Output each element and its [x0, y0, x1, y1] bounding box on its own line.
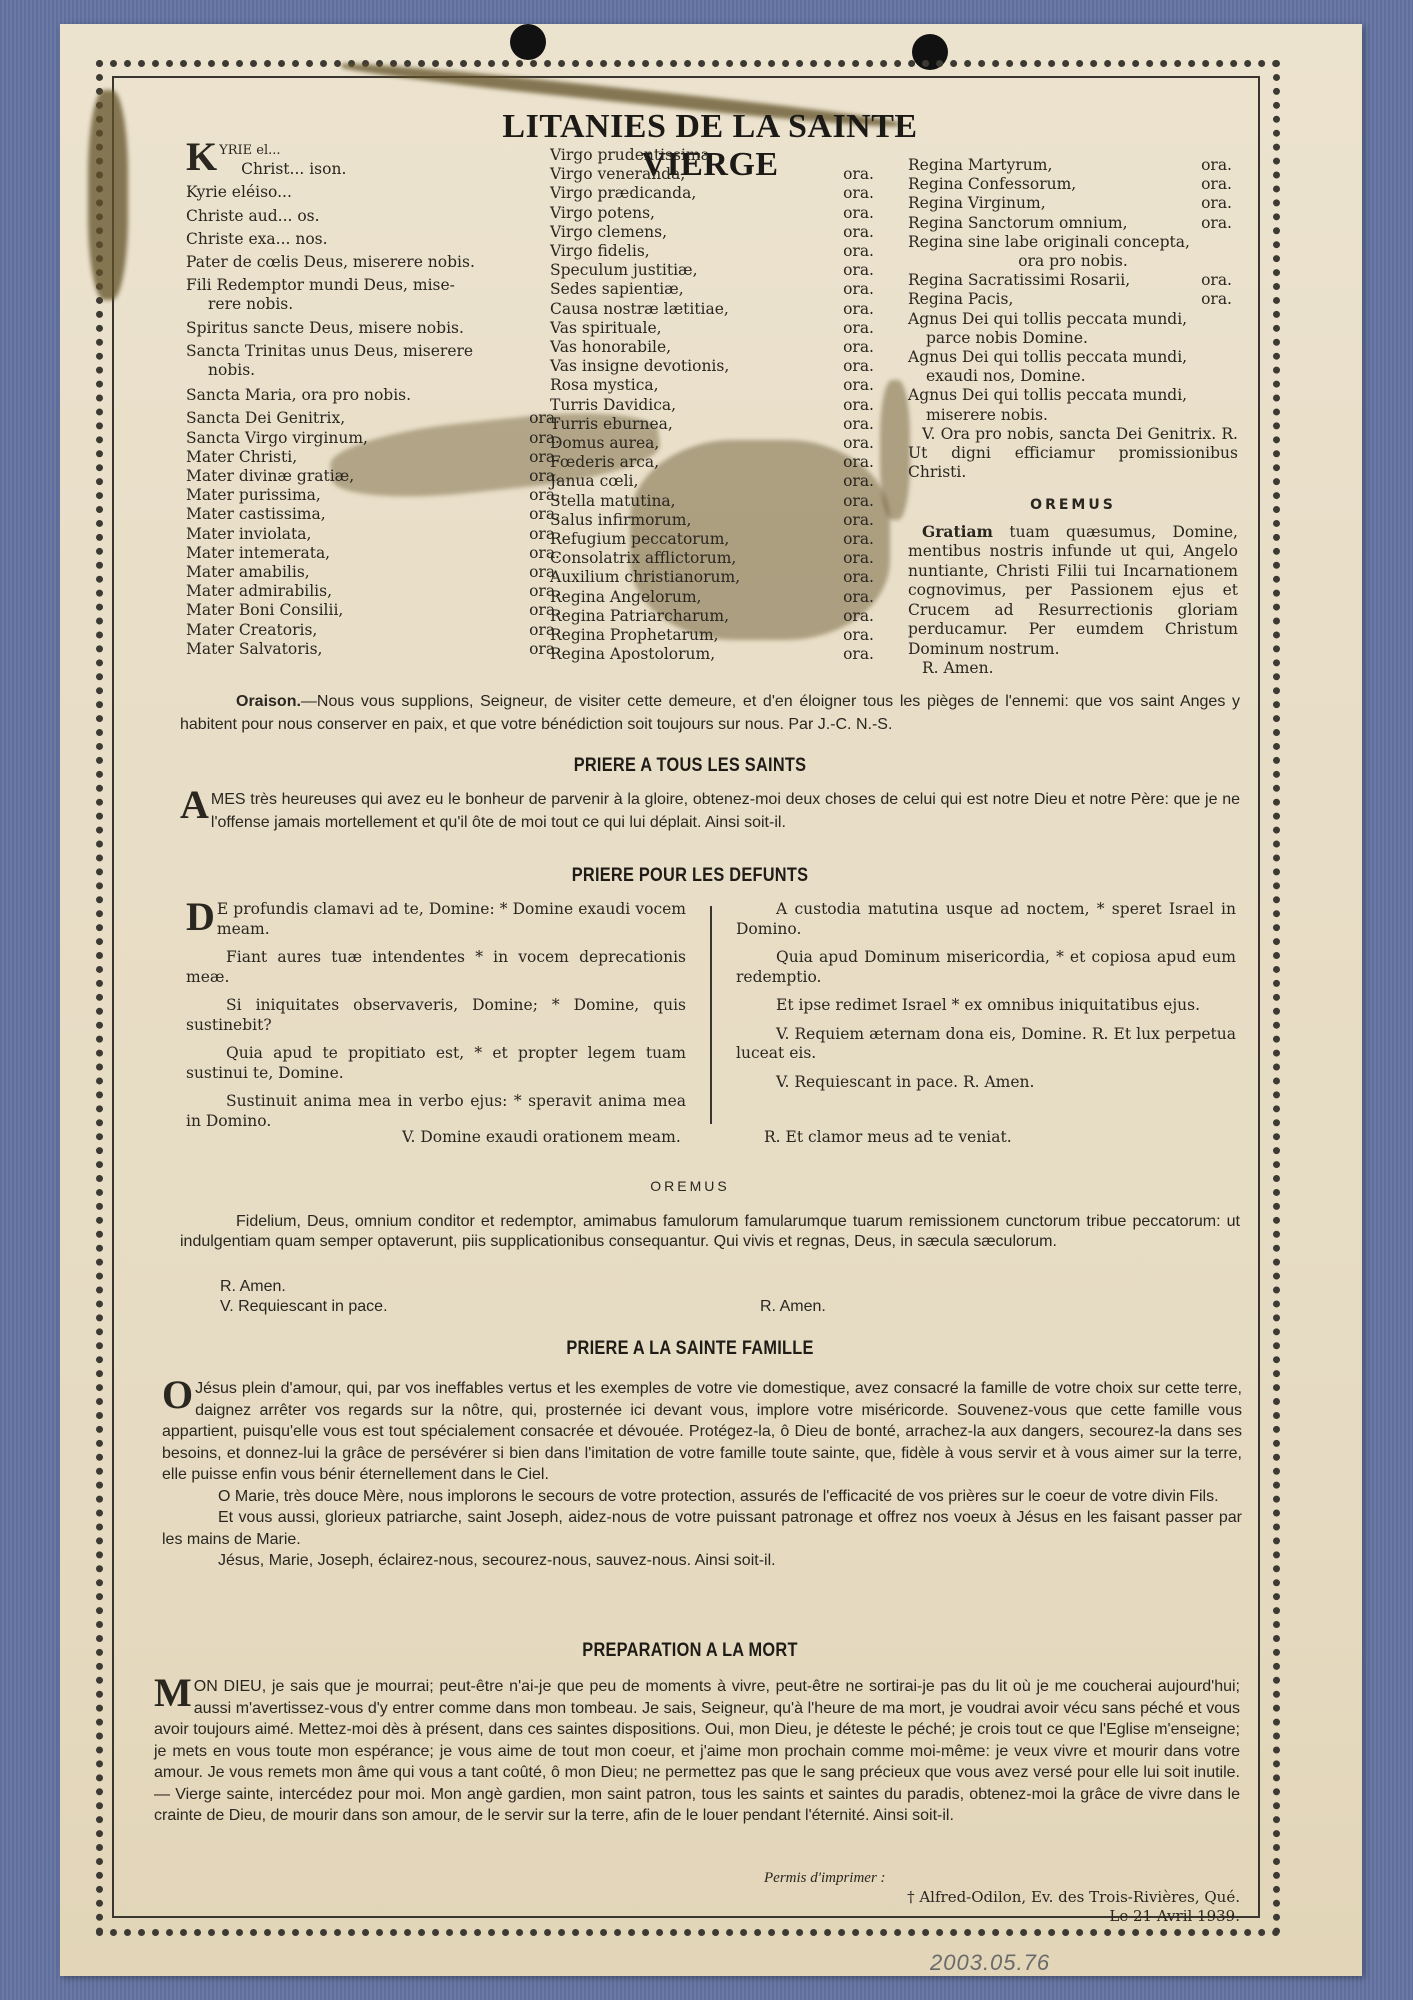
response-ora: ora.: [1201, 214, 1238, 233]
litany-invocation: Regina Pacis,ora.: [908, 290, 1238, 309]
litany-invocation: Regina Virginum,ora.: [908, 194, 1238, 213]
response-ora: ora.: [1201, 156, 1238, 175]
response-ora: ora.: [843, 300, 880, 319]
closing-response: R. Et clamor meus ad te veniat.: [764, 1128, 1012, 1146]
litany-invocation: Mater Salvatoris,ora.: [186, 640, 566, 659]
dropcap-a: A: [180, 788, 209, 822]
agnus-dei-line: Agnus Dei qui tollis peccata mundi,parce…: [908, 310, 1238, 348]
litany-invocation: Refugium peccatorum,ora.: [550, 530, 880, 549]
litany-column-1: KYRIE el...Christ... ison. Kyrie eléiso.…: [186, 140, 566, 659]
litany-invocation: Vas insigne devotionis,ora.: [550, 357, 880, 376]
litany-invocation: Stella matutina,ora.: [550, 492, 880, 511]
response-ora: ora.: [843, 376, 880, 395]
psalm-verse: Fiant aures tuæ intendentes * in vocem d…: [186, 948, 686, 987]
agnus-dei-line: Agnus Dei qui tollis peccata mundi,exaud…: [908, 348, 1238, 386]
requiescant-r: R. Amen.: [760, 1295, 826, 1318]
heading-sainte-famille: PRIERE A LA SAINTE FAMILLE: [208, 1338, 1171, 1360]
response-ora: ora.: [843, 472, 880, 491]
litany-invocation: Mater divinæ gratiæ,ora.: [186, 467, 566, 486]
stain: [880, 380, 910, 520]
response-ora: ora.: [843, 434, 880, 453]
response-ora: ora.: [843, 280, 880, 299]
heading-tous-les-saints: PRIERE A TOUS LES SAINTS: [208, 755, 1171, 777]
litany-invocation: Virgo veneranda,ora.: [550, 165, 880, 184]
litany-line: Christe aud... os.: [186, 207, 566, 226]
psalm-right-column: A custodia matutina usque ad noctem, * s…: [736, 900, 1236, 1101]
dropcap-o: O: [162, 1378, 193, 1412]
litany-line: Kyrie eléiso...: [186, 183, 566, 202]
heading-preparation-mort: PREPARATION A LA MORT: [208, 1640, 1171, 1662]
litany-invocation: Mater Boni Consilii,ora.: [186, 601, 566, 620]
litany-invocation: Virgo potens,ora.: [550, 204, 880, 223]
response-ora: ora.: [843, 242, 880, 261]
response-ora: ora.: [843, 396, 880, 415]
litany-invocation: Regina Confessorum,ora.: [908, 175, 1238, 194]
litany-column-2: Virgo prudentissimaVirgo veneranda,ora.V…: [550, 146, 880, 664]
litany-invocation: Causa nostræ lætitiae,ora.: [550, 300, 880, 319]
litany-invocation: Vas honorabile,ora.: [550, 338, 880, 357]
litany-invocation: Regina Apostolorum,ora.: [550, 645, 880, 664]
litany-invocation: Mater amabilis,ora.: [186, 563, 566, 582]
response-ora: ora.: [1201, 290, 1238, 309]
litany-line: Fili Redemptor mundi Deus, mise-rere nob…: [186, 276, 566, 314]
litany-invocation: Mater Creatoris,ora.: [186, 621, 566, 640]
response-ora: ora.: [843, 492, 880, 511]
psalm-left-column: DE profundis clamavi ad te, Domine: * Do…: [186, 900, 686, 1140]
litany-invocation: Turris Davidica,ora.: [550, 396, 880, 415]
litany-invocation: Janua cœli,ora.: [550, 472, 880, 491]
litany-invocation: Virgo prædicanda,ora.: [550, 184, 880, 203]
litany-invocation: Regina Martyrum,ora.: [908, 156, 1238, 175]
litany-line: Spiritus sancte Deus, misere nobis.: [186, 319, 566, 338]
psalm-verse: Quia apud Dominum misericordia, * et cop…: [736, 948, 1236, 987]
litany-line: Regina sine labe originali concepta,: [908, 233, 1238, 252]
litany-invocation: Mater inviolata,ora.: [186, 525, 566, 544]
response-ora: ora.: [843, 261, 880, 280]
litany-line: Sancta Trinitas unus Deus, misererenobis…: [186, 342, 566, 380]
oremus-heading-2: OREMUS: [130, 1178, 1250, 1194]
litany-invocation: Mater Christi,ora.: [186, 448, 566, 467]
litany-line: Christe exa... nos.: [186, 230, 566, 249]
litany-invocation: Mater admirabilis,ora.: [186, 582, 566, 601]
response-ora: ora.: [1201, 175, 1238, 194]
psalm-verse: Quia apud te propitiato est, * et propte…: [186, 1044, 686, 1083]
response-ora: ora.: [843, 511, 880, 530]
response-ora: ora.: [843, 357, 880, 376]
litany-invocation: Mater purissima,ora.: [186, 486, 566, 505]
litany-invocation: Sancta Dei Genitrix,ora.: [186, 409, 566, 428]
litany-column-3: Regina Martyrum,ora.Regina Confessorum,o…: [908, 156, 1238, 678]
response-ora: ora.: [1201, 271, 1238, 290]
prayer-preparation-mort: MON DIEU, je sais que je mourrai; peut-ê…: [154, 1676, 1240, 1827]
litany-invocation: Virgo prudentissima: [550, 146, 880, 165]
invocation-list: Sancta Dei Genitrix,ora.Sancta Virgo vir…: [186, 409, 566, 659]
oraison: Oraison.—Nous vous supplions, Seigneur, …: [180, 690, 1240, 736]
kyrie-line: KYRIE el...Christ... ison.: [186, 140, 566, 179]
prayer-saints: AMES très heureuses qui avez eu le bonhe…: [180, 788, 1240, 834]
stain: [88, 90, 128, 300]
litany-invocation: Rosa mystica,ora.: [550, 376, 880, 395]
response-ora: ora.: [843, 184, 880, 203]
dropcap-m: M: [154, 1676, 192, 1710]
response-ora: ora.: [843, 453, 880, 472]
litany-invocation: Virgo clemens,ora.: [550, 223, 880, 242]
response-ora: ora.: [843, 165, 880, 184]
response-ora: ora.: [843, 319, 880, 338]
litany-invocation: Regina Sacratissimi Rosarii,ora.: [908, 271, 1238, 290]
psalm-verse: Sustinuit anima mea in verbo ejus: * spe…: [186, 1092, 686, 1131]
response-ora: ora.: [843, 626, 880, 645]
psalm-verse: Si iniquitates observaveris, Domine; * D…: [186, 996, 686, 1035]
imprimatur-signer: † Alfred-Odilon, Ev. des Trois-Rivières,…: [907, 1888, 1240, 1907]
amen-line: R. Amen.: [908, 659, 1238, 678]
response-ora: ora.: [843, 338, 880, 357]
agnus-dei-line: Agnus Dei qui tollis peccata mundi,miser…: [908, 386, 1238, 424]
response-ora: ora.: [1201, 194, 1238, 213]
response-ora: ora.: [843, 607, 880, 626]
litany-invocation: Auxilium christianorum,ora.: [550, 568, 880, 587]
dropcap-k: K: [186, 140, 217, 174]
oremus-prayer: Gratiam tuam quæsumus, Domine, mentibus …: [908, 522, 1238, 660]
requiescant-v: V. Requiescant in pace.: [220, 1295, 388, 1318]
accession-number: 2003.05.76: [930, 1950, 1050, 1976]
invocation-list: Regina Martyrum,ora.Regina Confessorum,o…: [908, 156, 1238, 233]
psalm-verse: Et ipse redimet Israel * ex omnibus iniq…: [736, 996, 1236, 1016]
response-ora: ora.: [843, 549, 880, 568]
litany-line: Sancta Maria, ora pro nobis.: [186, 386, 566, 405]
litany-invocation: Regina Angelorum,ora.: [550, 588, 880, 607]
litany-invocation: Vas spirituale,ora.: [550, 319, 880, 338]
oremus-fidelium: Fidelium, Deus, omnium conditor et redem…: [180, 1212, 1240, 1252]
litany-invocation: Fœderis arca,ora.: [550, 453, 880, 472]
litany-invocation: Salus infirmorum,ora.: [550, 511, 880, 530]
invocation-list: Regina Sacratissimi Rosarii,ora.Regina P…: [908, 271, 1238, 309]
response-ora: ora.: [843, 530, 880, 549]
litany-invocation: Domus aurea,ora.: [550, 434, 880, 453]
litany-invocation: Mater castissima,ora.: [186, 505, 566, 524]
closing-versicle: V. Domine exaudi orationem meam.: [402, 1128, 681, 1146]
litany-line: Pater de cœlis Deus, miserere nobis.: [186, 253, 566, 272]
litany-line: ora pro nobis.: [908, 252, 1238, 271]
litany-invocation: Mater intemerata,ora.: [186, 544, 566, 563]
heading-defunts: PRIERE POUR LES DEFUNTS: [208, 865, 1171, 887]
response-ora: ora.: [843, 645, 880, 664]
column-divider: [710, 906, 712, 1124]
litany-invocation: Regina Prophetarum,ora.: [550, 626, 880, 645]
litany-invocation: Regina Sanctorum omnium,ora.: [908, 214, 1238, 233]
psalm-verse: A custodia matutina usque ad noctem, * s…: [736, 900, 1236, 939]
litany-invocation: Virgo fidelis,ora.: [550, 242, 880, 261]
versicle: V. Ora pro nobis, sancta Dei Genitrix. R…: [908, 425, 1238, 483]
imprimatur: † Alfred-Odilon, Ev. des Trois-Rivières,…: [907, 1888, 1240, 1926]
oremus-heading: OREMUS: [908, 496, 1238, 515]
response-ora: ora.: [843, 568, 880, 587]
psalm-verse: V. Requiescant in pace. R. Amen.: [736, 1073, 1236, 1093]
imprimatur-label: Permis d'imprimer :: [764, 1870, 886, 1887]
psalm-verse: V. Requiem æternam dona eis, Domine. R. …: [736, 1025, 1236, 1064]
response-ora: ora.: [843, 204, 880, 223]
litany-invocation: Consolatrix afflictorum,ora.: [550, 549, 880, 568]
psalm-verse: DE profundis clamavi ad te, Domine: * Do…: [186, 900, 686, 939]
litany-invocation: Regina Patriarcharum,ora.: [550, 607, 880, 626]
response-ora: ora.: [843, 223, 880, 242]
response-ora: ora.: [843, 415, 880, 434]
dropcap-d: D: [186, 900, 215, 934]
prayer-sainte-famille: OJésus plein d'amour, qui, par vos ineff…: [162, 1378, 1242, 1572]
imprimatur-date: Le 21 Avril 1939.: [907, 1907, 1240, 1926]
response-ora: ora.: [843, 588, 880, 607]
litany-invocation: Sedes sapientiæ,ora.: [550, 280, 880, 299]
litany-invocation: Speculum justitiæ,ora.: [550, 261, 880, 280]
litany-invocation: Turris eburnea,ora.: [550, 415, 880, 434]
punch-hole-left: [510, 24, 546, 60]
agnus-dei-list: Agnus Dei qui tollis peccata mundi,parce…: [908, 310, 1238, 425]
litany-invocation: Sancta Virgo virginum,ora.: [186, 429, 566, 448]
